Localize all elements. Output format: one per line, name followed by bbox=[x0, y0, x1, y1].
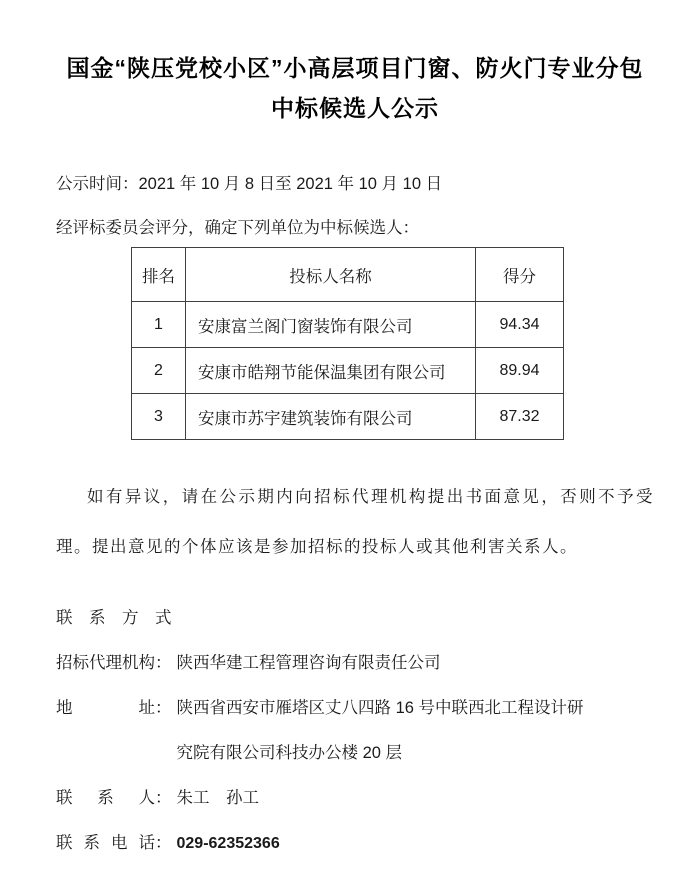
bidder-cell: 安康市苏宇建筑装饰有限公司 bbox=[186, 394, 476, 440]
document-title: 国金“陕压党校小区”小高层项目门窗、防火门专业分包 中标候选人公示 bbox=[56, 48, 654, 128]
contact-heading: 联 系 方 式 bbox=[56, 596, 654, 641]
table-row: 3 安康市苏宇建筑装饰有限公司 87.32 bbox=[132, 394, 564, 440]
contact-person-colon: ： bbox=[155, 776, 172, 821]
bidder-cell: 安康富兰阁门窗装饰有限公司 bbox=[186, 302, 476, 348]
contact-row-person: 联系人： 朱工 孙工 bbox=[56, 776, 654, 821]
title-line-2: 中标候选人公示 bbox=[56, 88, 654, 128]
table-row: 1 安康富兰阁门窗装饰有限公司 94.34 bbox=[132, 302, 564, 348]
document-page: 国金“陕压党校小区”小高层项目门窗、防火门专业分包 中标候选人公示 公示时间：2… bbox=[0, 0, 700, 895]
contact-row-address: 地址： 陕西省西安市雁塔区丈八四路 16 号中联西北工程设计研究院有限公司科技办… bbox=[56, 686, 654, 776]
phone-value: 029-62352366 bbox=[177, 821, 280, 866]
candidates-table: 排名 投标人名称 得分 1 安康富兰阁门窗装饰有限公司 94.34 2 安康市皓… bbox=[131, 247, 564, 440]
column-header-bidder: 投标人名称 bbox=[186, 248, 476, 302]
address-value: 陕西省西安市雁塔区丈八四路 16 号中联西北工程设计研究院有限公司科技办公楼 2… bbox=[177, 686, 591, 776]
rank-cell: 2 bbox=[132, 348, 186, 394]
agency-label: 招标代理机构 bbox=[56, 641, 155, 686]
intro-block: 公示时间：2021 年 10 月 8 日至 2021 年 10 月 10 日 经… bbox=[56, 172, 654, 240]
column-header-score: 得分 bbox=[476, 248, 564, 302]
column-header-rank: 排名 bbox=[132, 248, 186, 302]
contact-row-agency: 招标代理机构： 陕西华建工程管理咨询有限责任公司 bbox=[56, 641, 654, 686]
score-cell: 94.34 bbox=[476, 302, 564, 348]
document-content: 国金“陕压党校小区”小高层项目门窗、防火门专业分包 中标候选人公示 公示时间：2… bbox=[0, 0, 700, 866]
contact-section: 联 系 方 式 招标代理机构： 陕西华建工程管理咨询有限责任公司 地址： 陕西省… bbox=[56, 596, 654, 866]
title-line-1: 国金“陕压党校小区”小高层项目门窗、防火门专业分包 bbox=[56, 48, 654, 88]
publicity-period: 公示时间：2021 年 10 月 8 日至 2021 年 10 月 10 日 bbox=[56, 172, 654, 196]
score-cell: 87.32 bbox=[476, 394, 564, 440]
rank-cell: 3 bbox=[132, 394, 186, 440]
table-header-row: 排名 投标人名称 得分 bbox=[132, 248, 564, 302]
rank-cell: 1 bbox=[132, 302, 186, 348]
phone-label: 联系电话 bbox=[56, 821, 155, 866]
bidder-cell: 安康市皓翔节能保温集团有限公司 bbox=[186, 348, 476, 394]
contact-person-label: 联系人 bbox=[56, 776, 155, 821]
address-colon: ： bbox=[155, 686, 172, 731]
phone-colon: ： bbox=[155, 821, 172, 866]
address-label: 地址 bbox=[56, 686, 155, 731]
table-row: 2 安康市皓翔节能保温集团有限公司 89.94 bbox=[132, 348, 564, 394]
evaluation-note: 经评标委员会评分，确定下列单位为中标候选人： bbox=[56, 216, 654, 240]
score-cell: 89.94 bbox=[476, 348, 564, 394]
objection-paragraph: 如有异议，请在公示期内向招标代理机构提出书面意见，否则不予受理。提出意见的个体应… bbox=[56, 472, 654, 572]
contact-person-value: 朱工 孙工 bbox=[177, 776, 260, 821]
agency-value: 陕西华建工程管理咨询有限责任公司 bbox=[177, 641, 441, 686]
agency-colon: ： bbox=[155, 641, 172, 686]
contact-row-phone: 联系电话： 029-62352366 bbox=[56, 821, 654, 866]
